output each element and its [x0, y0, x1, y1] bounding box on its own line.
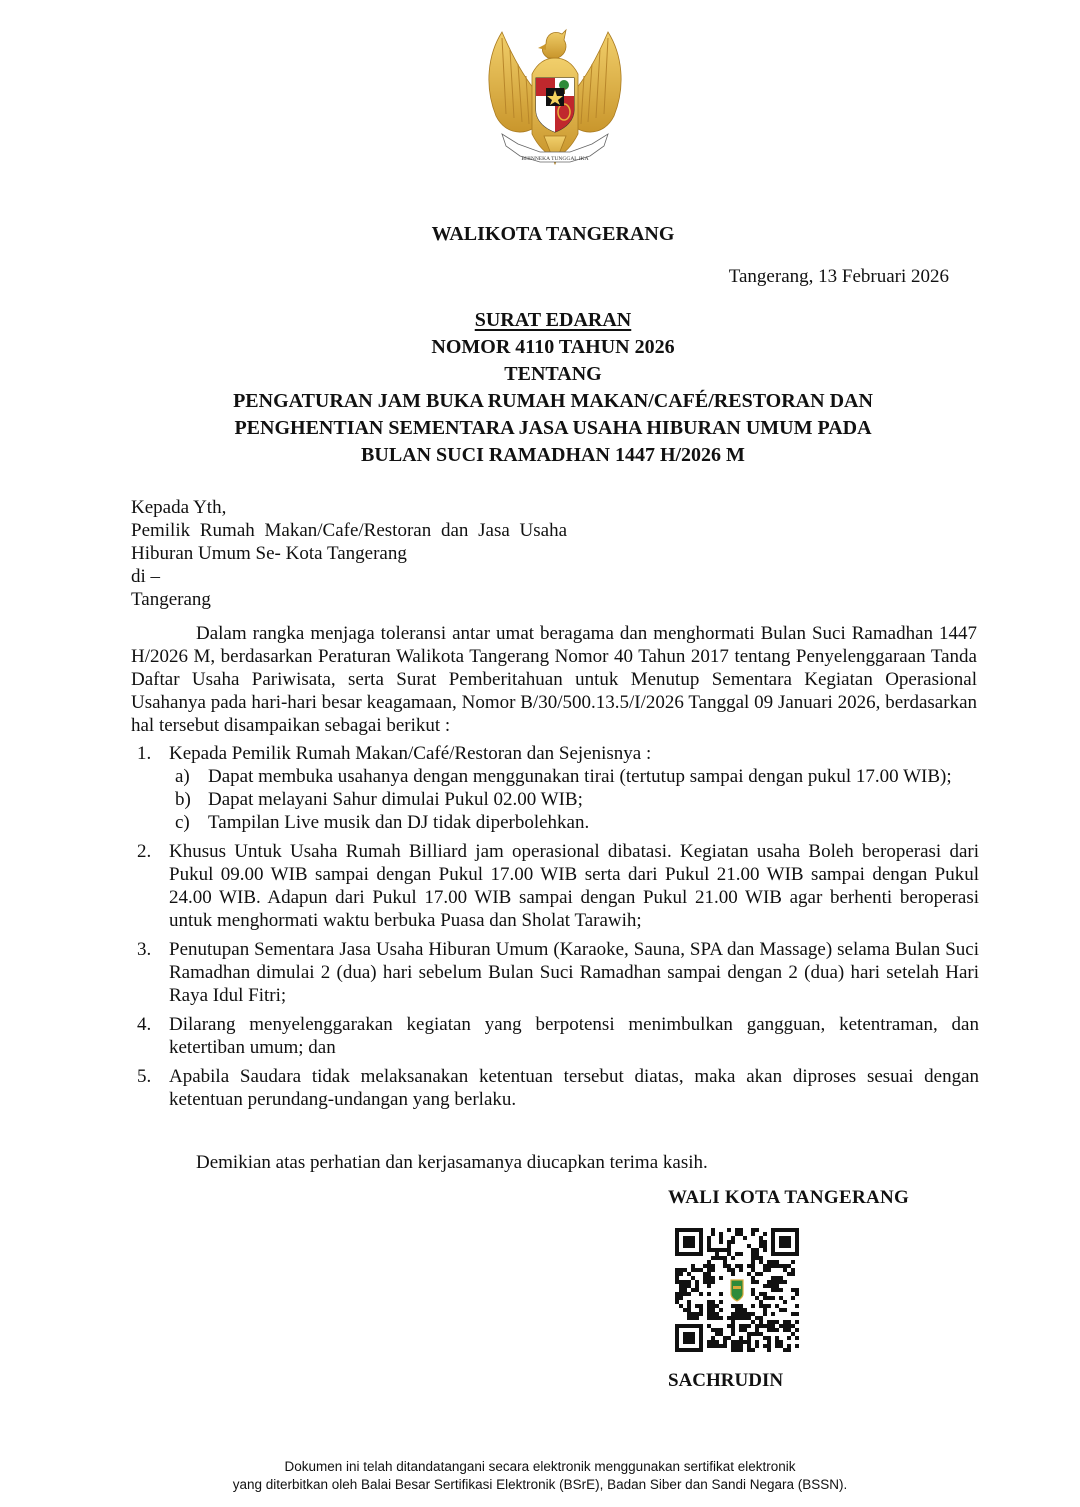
recipient-line: Hiburan Umum Se- Kota Tangerang: [131, 542, 581, 565]
sub-item-text: Dapat membuka usahanya dengan menggunaka…: [208, 765, 979, 788]
footer-line: yang diterbitkan oleh Balai Besar Sertif…: [0, 1476, 1080, 1494]
recipient-line: Pemilik Rumah Makan/Cafe/Restoran dan Ja…: [131, 519, 581, 542]
signatory-name: SACHRUDIN: [668, 1370, 783, 1392]
sub-item-text: Dapat melayani Sahur dimulai Pukul 02.00…: [208, 788, 979, 811]
intro-paragraph: Dalam rangka menjaga toleransi antar uma…: [131, 622, 977, 737]
list-item-text: Apabila Saudara tidak melaksanakan keten…: [169, 1065, 979, 1111]
recipient-line: Tangerang: [131, 588, 581, 611]
list-item-text: Penutupan Sementara Jasa Usaha Hiburan U…: [169, 938, 979, 1007]
list-item: 5. Apabila Saudara tidak melaksanakan ke…: [131, 1065, 979, 1111]
list-item-number: 1.: [137, 742, 151, 765]
doc-subject-line-2: PENGHENTIAN SEMENTARA JASA USAHA HIBURAN…: [150, 415, 956, 442]
list-item-text: Khusus Untuk Usaha Rumah Billiard jam op…: [169, 840, 979, 932]
institution-heading: WALIKOTA TANGERANG: [150, 223, 956, 246]
sub-item-letter: c): [175, 811, 190, 834]
doc-type-title: SURAT EDARAN: [150, 307, 956, 334]
sub-list-item: c) Tampilan Live musik dan DJ tidak dipe…: [131, 811, 979, 834]
list-item: 1. Kepada Pemilik Rumah Makan/Café/Resto…: [131, 742, 979, 834]
signatory-title: WALI KOTA TANGERANG: [668, 1187, 909, 1209]
e-signature-footer-note: Dokumen ini telah ditandatangani secara …: [0, 1458, 1080, 1494]
doc-about: TENTANG: [150, 361, 956, 388]
doc-number: NOMOR 4110 TAHUN 2026: [150, 334, 956, 361]
footer-line: Dokumen ini telah ditandatangani secara …: [0, 1458, 1080, 1476]
list-item: 2. Khusus Untuk Usaha Rumah Billiard jam…: [131, 840, 979, 932]
sub-item-text: Tampilan Live musik dan DJ tidak diperbo…: [208, 811, 979, 834]
closing-sentence: Demikian atas perhatian dan kerjasamanya…: [196, 1151, 708, 1174]
sub-list-item: a) Dapat membuka usahanya dengan menggun…: [131, 765, 979, 788]
list-item-number: 5.: [137, 1065, 151, 1088]
recipient-block: Kepada Yth, Pemilik Rumah Makan/Cafe/Res…: [131, 496, 581, 611]
list-item-text: Kepada Pemilik Rumah Makan/Café/Restoran…: [169, 742, 979, 765]
list-item-text: Dilarang menyelenggarakan kegiatan yang …: [169, 1013, 979, 1059]
list-item-number: 3.: [137, 938, 151, 961]
doc-subject-line-1: PENGATURAN JAM BUKA RUMAH MAKAN/CAFÉ/RES…: [150, 388, 956, 415]
list-item: 4. Dilarang menyelenggarakan kegiatan ya…: [131, 1013, 979, 1059]
garuda-pancasila-emblem-icon: BHINNEKA TUNGGAL IKA: [482, 24, 628, 176]
list-item: 3. Penutupan Sementara Jasa Usaha Hibura…: [131, 938, 979, 1007]
sub-item-letter: b): [175, 788, 191, 811]
e-signature-qr-code-icon[interactable]: [675, 1228, 799, 1352]
recipient-line: di –: [131, 565, 581, 588]
points-list: 1. Kepada Pemilik Rumah Makan/Café/Resto…: [131, 742, 979, 1111]
list-item-number: 4.: [137, 1013, 151, 1036]
sub-list-item: b) Dapat melayani Sahur dimulai Pukul 02…: [131, 788, 979, 811]
list-item-number: 2.: [137, 840, 151, 863]
sub-item-letter: a): [175, 765, 190, 788]
date-line: Tangerang, 13 Februari 2026: [729, 265, 949, 288]
recipient-line: Kepada Yth,: [131, 496, 581, 519]
svg-text:BHINNEKA TUNGGAL IKA: BHINNEKA TUNGGAL IKA: [521, 156, 588, 162]
doc-subject-line-3: BULAN SUCI RAMADHAN 1447 H/2026 M: [150, 442, 956, 469]
